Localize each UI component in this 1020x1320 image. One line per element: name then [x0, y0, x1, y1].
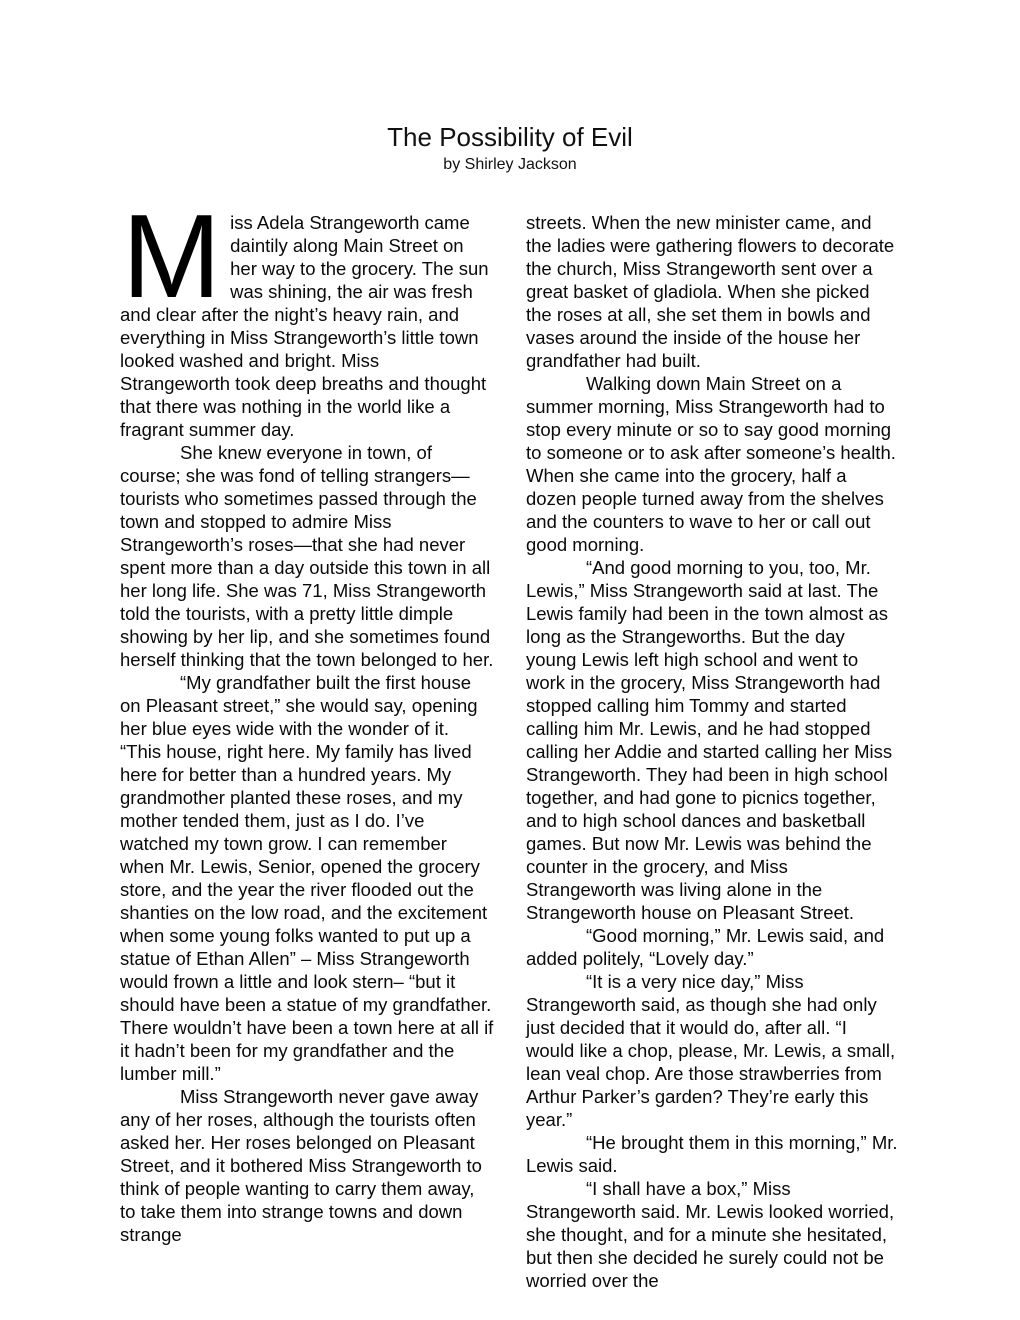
paragraph: Miss Strangeworth never gave away any of…	[120, 1085, 494, 1246]
paragraph: “Good morning,” Mr. Lewis said, and adde…	[526, 924, 900, 970]
paragraph: She knew everyone in town, of course; sh…	[120, 441, 494, 671]
left-column: Miss Adela Strangeworth came daintily al…	[120, 211, 494, 1292]
paragraph: Miss Adela Strangeworth came daintily al…	[120, 211, 494, 441]
two-column-layout: Miss Adela Strangeworth came daintily al…	[120, 211, 900, 1292]
paragraph: “I shall have a box,” Miss Strangeworth …	[526, 1177, 900, 1292]
paragraph: streets. When the new minister came, and…	[526, 211, 900, 372]
paragraph: “And good morning to you, too, Mr. Lewis…	[526, 556, 900, 924]
page-title: The Possibility of Evil	[0, 0, 1020, 153]
paragraph: “It is a very nice day,” Miss Strangewor…	[526, 970, 900, 1131]
paragraph: “My grandfather built the first house on…	[120, 671, 494, 1085]
drop-cap: M	[122, 211, 221, 303]
right-column: streets. When the new minister came, and…	[526, 211, 900, 1292]
paragraph: Walking down Main Street on a summer mor…	[526, 372, 900, 556]
byline: by Shirley Jackson	[0, 155, 1020, 175]
paragraph: “He brought them in this morning,” Mr. L…	[526, 1131, 900, 1177]
document-page: The Possibility of Evil by Shirley Jacks…	[0, 0, 1020, 1320]
